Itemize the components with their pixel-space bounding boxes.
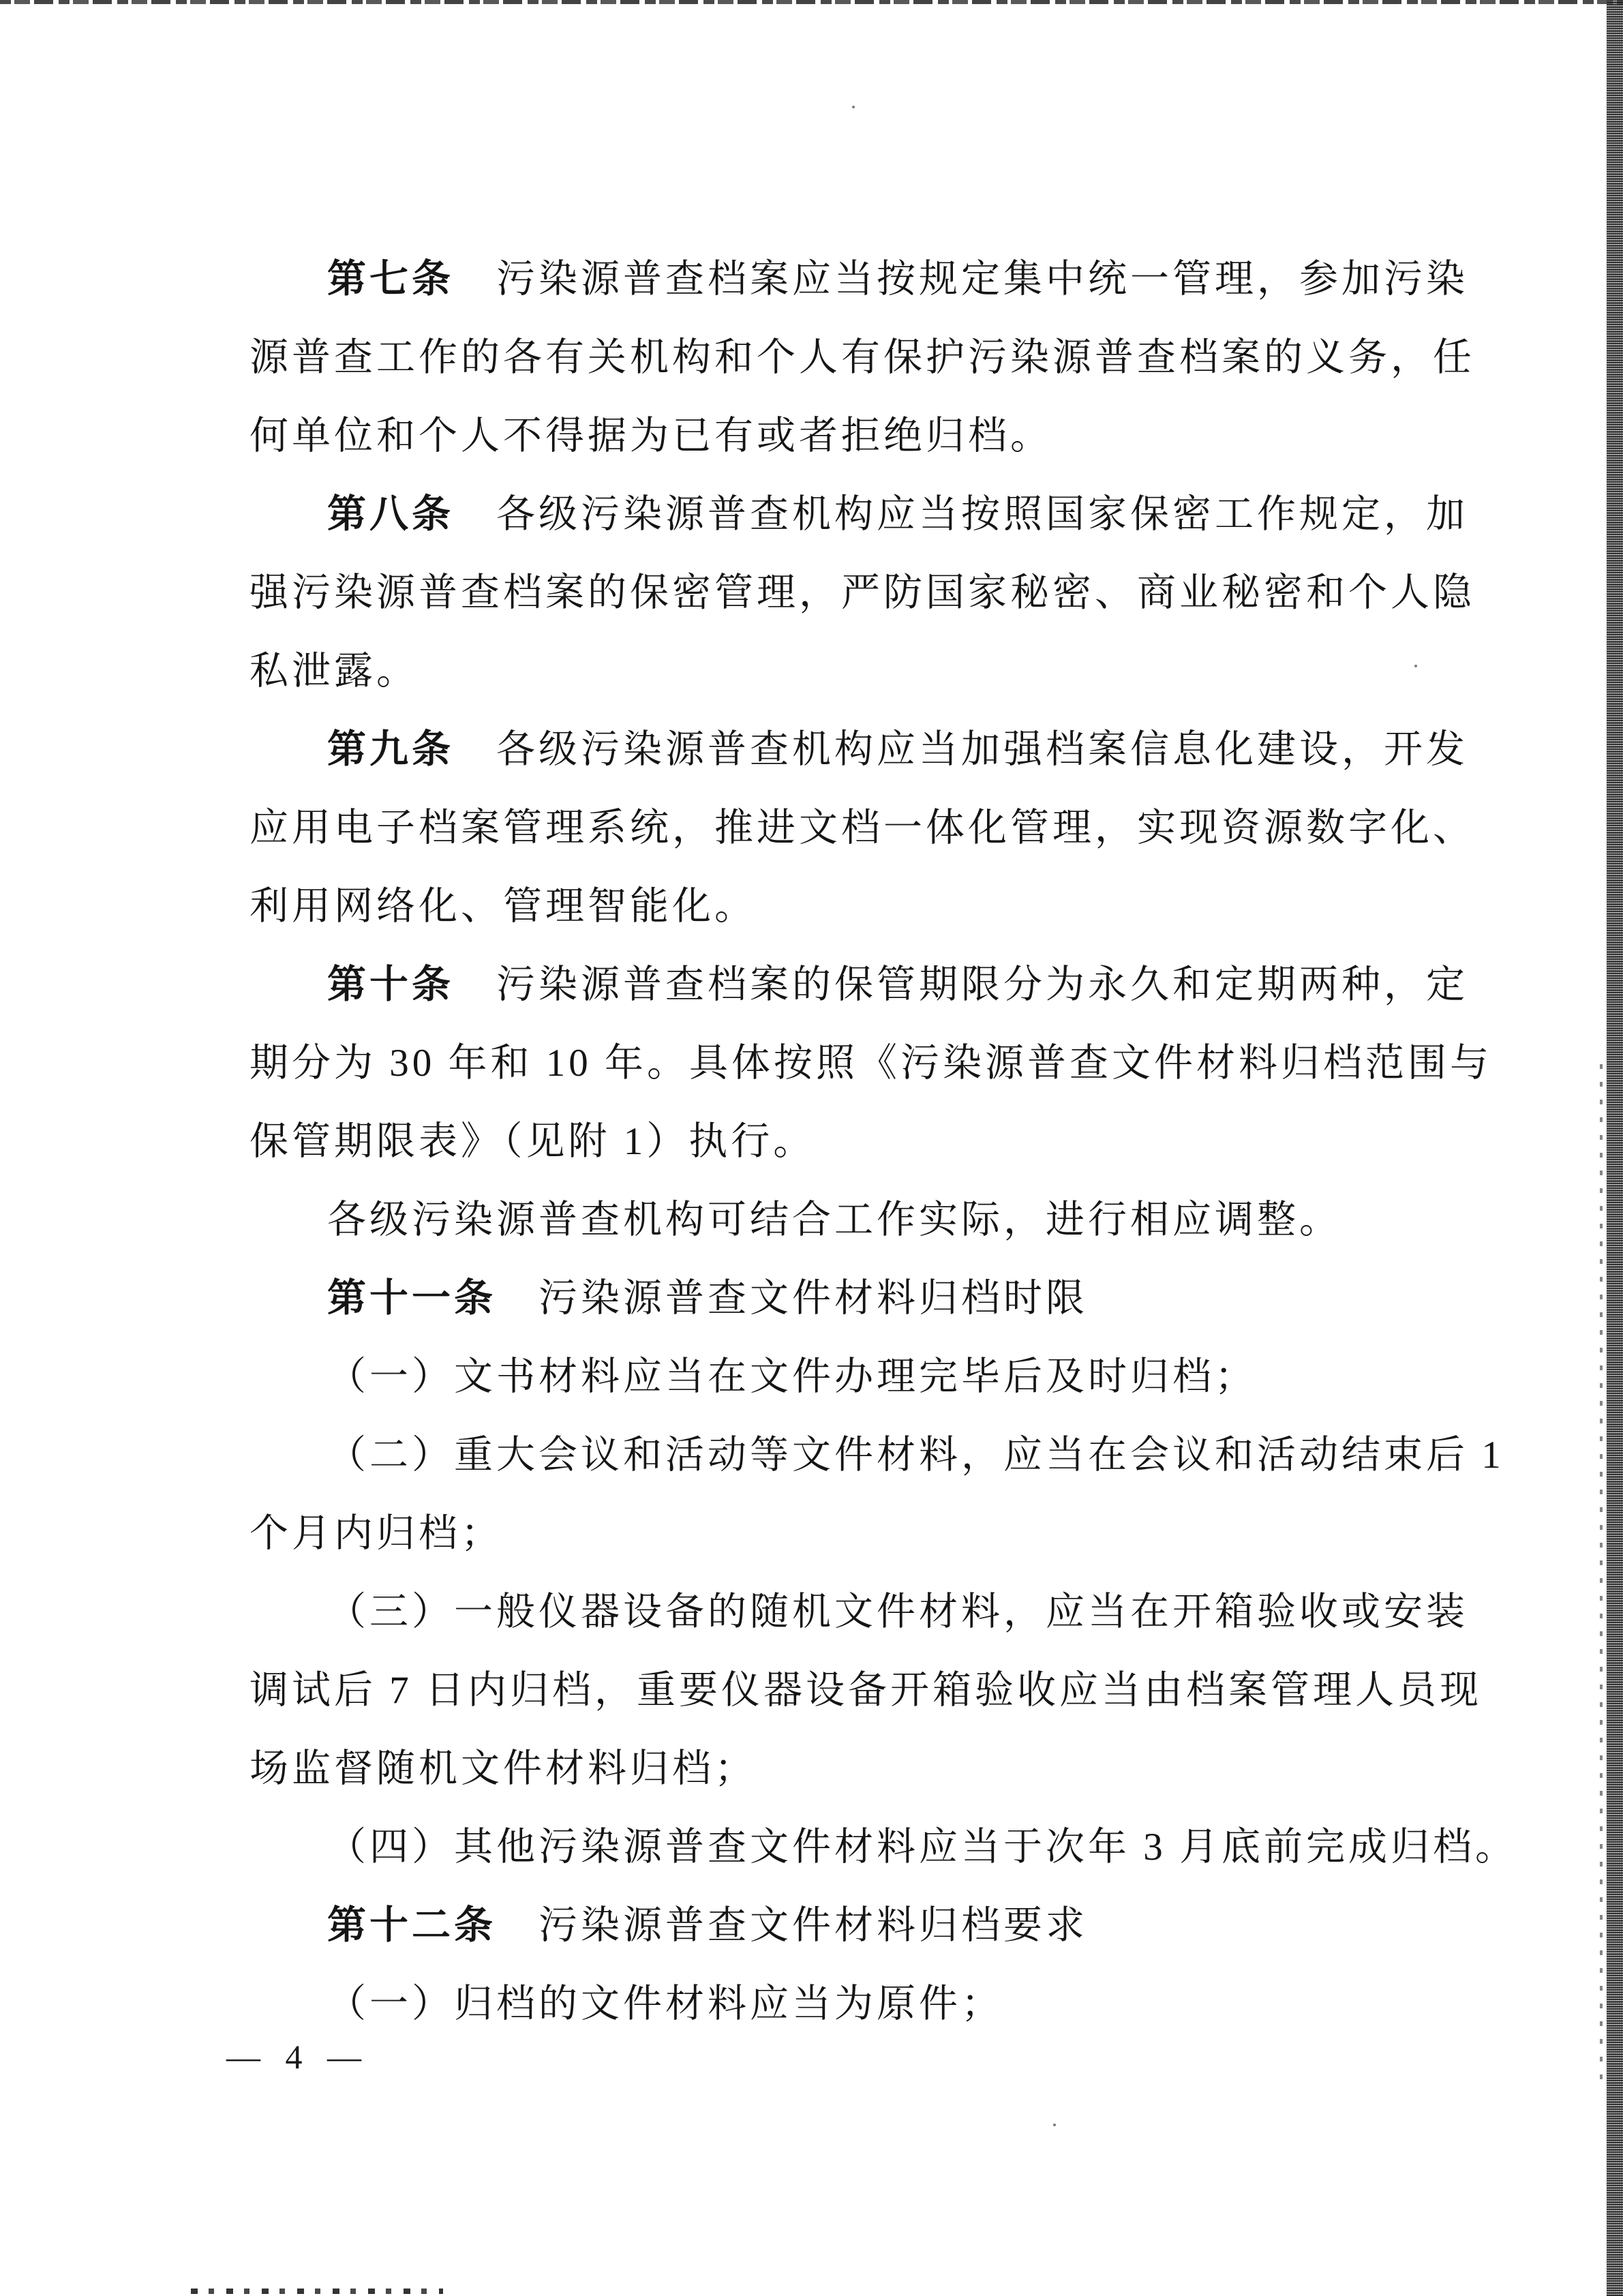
line-text: 期分为 30 年和 10 年。具体按照《污染源普查文件材料归档范围与: [249, 1042, 1492, 1085]
line-text: 各级污染源普查机构可结合工作实际，进行相应调整。: [327, 1198, 1341, 1241]
line-text: 各级污染源普查机构应当按照国家保密工作规定，加: [454, 493, 1468, 536]
document-line: （一）归档的文件材料应当为原件；: [249, 1965, 1470, 2043]
document-line: 何单位和个人不得据为已有或者拒绝归档。: [249, 397, 1470, 475]
line-text: 保管期限表》（见附 1）执行。: [249, 1120, 815, 1163]
line-text: 源普查工作的各有关机构和个人有保护污染源普查档案的义务，任: [249, 336, 1475, 379]
line-text: 私泄露。: [249, 650, 419, 693]
line-text: 各级污染源普查机构应当加强档案信息化建设，开发: [454, 728, 1468, 771]
document-line: 应用电子档案管理系统，推进文档一体化管理，实现资源数字化、: [249, 789, 1470, 867]
document-line: 源普查工作的各有关机构和个人有保护污染源普查档案的义务，任: [249, 318, 1470, 397]
document-line: 保管期限表》（见附 1）执行。: [249, 1102, 1470, 1181]
article-number: 第十条: [327, 963, 454, 1006]
article-number: 第九条: [327, 727, 454, 771]
line-text: 利用网络化、管理智能化。: [249, 885, 757, 928]
line-text: 污染源普查档案的保管期限分为永久和定期两种，定: [454, 963, 1468, 1006]
line-text: （一）文书材料应当在文件办理完毕后及时归档；: [327, 1355, 1257, 1398]
document-line: 各级污染源普查机构可结合工作实际，进行相应调整。: [249, 1181, 1470, 1259]
document-line: 私泄露。: [249, 632, 1470, 710]
article-number: 第七条: [327, 257, 454, 301]
document-line: （四）其他污染源普查文件材料应当于次年 3 月底前完成归档。: [249, 1808, 1470, 1886]
document-line: 期分为 30 年和 10 年。具体按照《污染源普查文件材料归档范围与: [249, 1024, 1470, 1102]
line-text: 何单位和个人不得据为已有或者拒绝归档。: [249, 414, 1052, 457]
document-line: 个月内归档；: [249, 1494, 1470, 1573]
scan-bottom-noise-artifact: [191, 2289, 443, 2294]
document-line: 第九条 各级污染源普查机构应当加强档案信息化建设，开发: [249, 710, 1470, 789]
scanned-document-page: 第七条 污染源普查档案应当按规定集中统一管理，参加污染源普查工作的各有关机构和个…: [0, 0, 1623, 2296]
scan-speck: [1053, 2124, 1056, 2126]
document-line: 第八条 各级污染源普查机构应当按照国家保密工作规定，加: [249, 475, 1470, 554]
document-line: 第十一条 污染源普查文件材料归档时限: [249, 1259, 1470, 1338]
line-text: （四）其他污染源普查文件材料应当于次年 3 月底前完成归档。: [327, 1826, 1517, 1869]
article-number: 第八条: [327, 492, 454, 536]
line-text: 场监督随机文件材料归档；: [249, 1747, 757, 1790]
scan-right-dots-artifact: [1600, 1057, 1603, 2079]
page-number: — 4 —: [226, 2037, 369, 2076]
document-line: 利用网络化、管理智能化。: [249, 867, 1470, 946]
line-text: （一）归档的文件材料应当为原件；: [327, 1982, 1003, 2025]
line-text: 污染源普查档案应当按规定集中统一管理，参加污染: [454, 258, 1468, 301]
scan-speck: [852, 106, 855, 108]
document-line: （二）重大会议和活动等文件材料，应当在会议和活动结束后 1: [249, 1416, 1470, 1494]
line-text: 污染源普查文件材料归档要求: [496, 1904, 1088, 1947]
article-number: 第十一条: [327, 1276, 496, 1320]
document-line: （三）一般仪器设备的随机文件材料，应当在开箱验收或安装: [249, 1573, 1470, 1651]
document-line: 第十二条 污染源普查文件材料归档要求: [249, 1886, 1470, 1965]
document-line: （一）文书材料应当在文件办理完毕后及时归档；: [249, 1338, 1470, 1416]
article-number: 第十二条: [327, 1903, 496, 1947]
line-text: （二）重大会议和活动等文件材料，应当在会议和活动结束后 1: [327, 1434, 1504, 1477]
scan-right-edge-artifact: [1607, 0, 1623, 2296]
document-line: 强污染源普查档案的保密管理，严防国家秘密、商业秘密和个人隐: [249, 554, 1470, 632]
line-text: 应用电子档案管理系统，推进文档一体化管理，实现资源数字化、: [249, 806, 1475, 849]
line-text: 调试后 7 日内归档，重要仪器设备开箱验收应当由档案管理人员现: [249, 1669, 1482, 1712]
document-line: 调试后 7 日内归档，重要仪器设备开箱验收应当由档案管理人员现: [249, 1651, 1470, 1729]
scan-top-edge-artifact: [0, 0, 1623, 4]
document-body: 第七条 污染源普查档案应当按规定集中统一管理，参加污染源普查工作的各有关机构和个…: [249, 240, 1470, 2043]
line-text: 污染源普查文件材料归档时限: [496, 1277, 1088, 1320]
document-line: 第七条 污染源普查档案应当按规定集中统一管理，参加污染: [249, 240, 1470, 318]
document-line: 场监督随机文件材料归档；: [249, 1729, 1470, 1808]
line-text: 个月内归档；: [249, 1512, 503, 1555]
document-line: 第十条 污染源普查档案的保管期限分为永久和定期两种，定: [249, 946, 1470, 1024]
line-text: 强污染源普查档案的保密管理，严防国家秘密、商业秘密和个人隐: [249, 571, 1475, 614]
line-text: （三）一般仪器设备的随机文件材料，应当在开箱验收或安装: [327, 1590, 1468, 1633]
